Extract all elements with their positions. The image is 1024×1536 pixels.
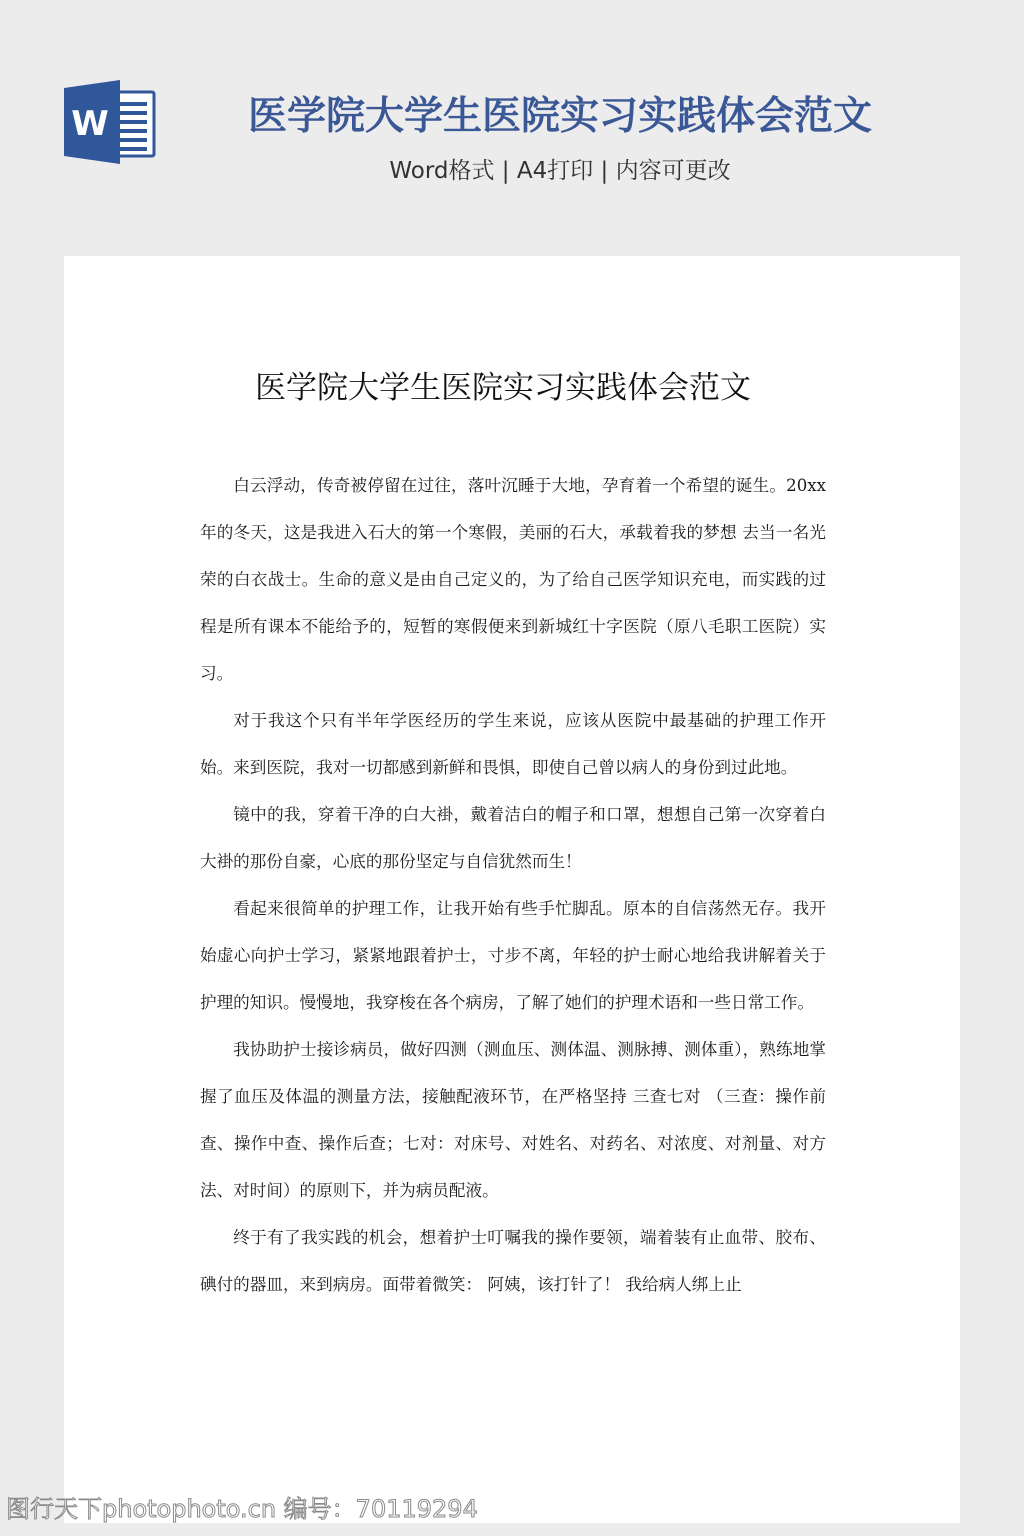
svg-text:W: W xyxy=(71,104,109,144)
document-body: 白云浮动，传奇被停留在过往，落叶沉睡于大地，孕育着一个希望的诞生。20xx 年的… xyxy=(200,462,826,1308)
paragraph: 白云浮动，传奇被停留在过往，落叶沉睡于大地，孕育着一个希望的诞生。20xx 年的… xyxy=(200,462,826,697)
watermark-text: 图行天下photophoto.cn 编号：70119294 xyxy=(6,1492,478,1526)
paragraph: 看起来很简单的护理工作，让我开始有些手忙脚乱。原本的自信荡然无存。我开始虚心向护… xyxy=(200,885,826,1026)
header-subtitle: Word格式 | A4打印 | 内容可更改 xyxy=(200,154,920,188)
paragraph: 对于我这个只有半年学医经历的学生来说，应该从医院中最基础的护理工作开始。来到医院… xyxy=(200,697,826,791)
document-page: 医学院大学生医院实习实践体会范文 白云浮动，传奇被停留在过往，落叶沉睡于大地，孕… xyxy=(64,256,960,1523)
paragraph: 终于有了我实践的机会，想着护士叮嘱我的操作要领，端着装有止血带、胶布、碘付的器皿… xyxy=(200,1214,826,1308)
paragraph: 我协助护士接诊病员，做好四测（测血压、测体温、测脉搏、测体重），熟练地掌握了血压… xyxy=(200,1026,826,1214)
word-document-icon: W xyxy=(64,80,158,164)
promo-header: W 医学院大学生医院实习实践体会范文 Word格式 | A4打印 | 内容可更改 xyxy=(0,0,1024,256)
header-title: 医学院大学生医院实习实践体会范文 xyxy=(200,92,920,142)
document-title: 医学院大学生医院实习实践体会范文 xyxy=(22,364,984,412)
paragraph: 镜中的我，穿着干净的白大褂，戴着洁白的帽子和口罩，想想自己第一次穿着白大褂的那份… xyxy=(200,791,826,885)
